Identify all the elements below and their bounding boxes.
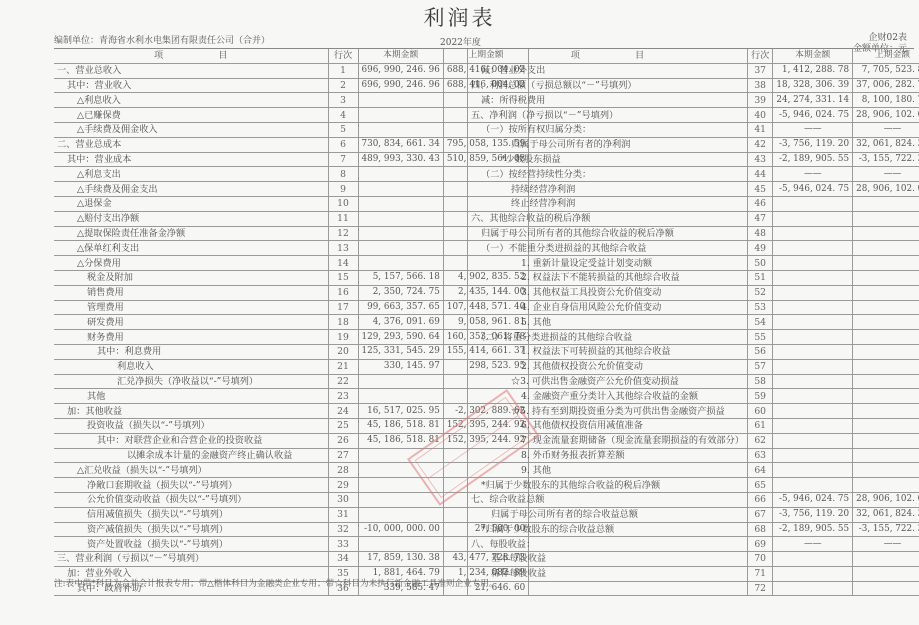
table-header: 项 目 行次 本期金额 上期金额 (54, 49, 529, 63)
row-line-number: 63 (748, 448, 773, 463)
row-line-number: 11 (328, 211, 358, 226)
table-row: 以摊余成本计量的金融资产终止确认收益27 (54, 448, 529, 463)
row-item-label: 1. 权益法下可转损益的其他综合收益 (468, 344, 748, 359)
row-item-label: △汇兑收益（损失以“-”号填列） (54, 463, 328, 478)
row-line-number: 17 (328, 300, 358, 315)
footnote: 注:表中带*科目为合并会计报表专用；带△楷体科目为金融类企业专用；带☆科目为未执… (54, 577, 498, 589)
row-item-label: 减：所得税费用 (468, 93, 748, 108)
row-current-amount (773, 211, 853, 226)
table-row: △利息支出8 (54, 167, 529, 182)
table-row: △分保费用14 (54, 256, 529, 271)
row-item-label: 归属于母公司所有者的净利润 (468, 137, 748, 152)
row-item-label: 4. 金融资产重分类计入其他综合收益的金额 (468, 389, 748, 404)
row-item-label: △保单红利支出 (54, 241, 328, 256)
table-row: 信用减值损失（损失以“-”号填列）31 (54, 507, 529, 522)
row-line-number: 3 (328, 93, 358, 108)
row-previous-amount (853, 433, 919, 448)
row-previous-amount: —— (853, 537, 919, 552)
row-current-amount (358, 389, 443, 404)
table-row: 投资收益（损失以“-”号填列）2545, 186, 518. 81152, 39… (54, 418, 529, 433)
row-current-amount: 696, 990, 246. 96 (358, 78, 443, 93)
row-previous-amount: 28, 906, 102. 07 (853, 108, 919, 123)
row-current-amount (358, 226, 443, 241)
table-row: 其中：利息费用20125, 331, 545. 29155, 414, 661.… (54, 344, 529, 359)
reporting-unit: 编制单位：青海省水利水电集团有限责任公司（合并） (54, 33, 270, 46)
row-current-amount: 18, 328, 306. 39 (773, 78, 853, 93)
table-row: 六、其他综合收益的税后净额47 (468, 211, 919, 226)
table-row: △已赚保费4 (54, 108, 529, 123)
row-current-amount: 489, 993, 330. 43 (358, 152, 443, 167)
row-previous-amount (853, 581, 919, 596)
row-item-label: 四、利润总额（亏损总额以“－”号填列） (468, 78, 748, 93)
table-row: （一）按所有权归属分类：41———— (468, 122, 919, 137)
row-line-number: 71 (748, 566, 773, 581)
row-line-number: 37 (748, 63, 773, 78)
row-line-number: 40 (748, 108, 773, 123)
table-row: 4. 企业自身信用风险公允价值变动53 (468, 300, 919, 315)
row-line-number: 23 (328, 389, 358, 404)
column-header-item: 项 目 (468, 49, 748, 63)
row-item-label (468, 581, 748, 596)
row-line-number: 52 (748, 285, 773, 300)
row-current-amount (358, 122, 443, 137)
table-row: （一）不能重分类进损益的其他综合收益49 (468, 241, 919, 256)
row-item-label: 5. 其他 (468, 315, 748, 330)
table-row: 净敞口套期收益（损失以“-”号填列）29 (54, 478, 529, 493)
row-line-number: 70 (748, 552, 773, 567)
row-current-amount: -2, 189, 905. 55 (773, 152, 853, 167)
row-current-amount (773, 315, 853, 330)
row-previous-amount: 32, 061, 824. 37 (853, 507, 919, 522)
row-previous-amount (853, 374, 919, 389)
income-statement-left: 项 目 行次 本期金额 上期金额 一、营业总收入1696, 990, 246. … (54, 49, 529, 596)
row-current-amount (773, 404, 853, 419)
row-line-number: 38 (748, 78, 773, 93)
row-item-label: 稀释每股收益 (468, 566, 748, 581)
row-current-amount (773, 344, 853, 359)
row-item-label: *少数股东损益 (468, 152, 748, 167)
row-item-label: （二）将重分类进损益的其他综合收益 (468, 330, 748, 345)
row-item-label: △赔付支出净额 (54, 211, 328, 226)
row-line-number: 28 (328, 463, 358, 478)
row-current-amount: 16, 517, 025. 95 (358, 404, 443, 419)
row-line-number: 50 (748, 256, 773, 271)
row-current-amount: 1, 412, 288. 78 (773, 63, 853, 78)
row-current-amount: —— (773, 537, 853, 552)
table-row: 4. 金融资产重分类计入其他综合收益的金额59 (468, 389, 919, 404)
row-current-amount: 99, 663, 357. 65 (358, 300, 443, 315)
row-current-amount: 45, 186, 518. 81 (358, 418, 443, 433)
row-current-amount (358, 108, 443, 123)
row-previous-amount (853, 566, 919, 581)
table-row: △赔付支出净额11 (54, 211, 529, 226)
row-previous-amount: -3, 155, 722. 30 (853, 522, 919, 537)
row-current-amount: -3, 756, 119. 20 (773, 507, 853, 522)
row-item-label: 三、营业利润（亏损以“－”号填列） (54, 552, 328, 567)
row-line-number: 19 (328, 330, 358, 345)
row-item-label: 9. 其他 (468, 463, 748, 478)
row-current-amount (773, 270, 853, 285)
column-header-current: 本期金额 (773, 49, 853, 63)
column-header-line: 行次 (748, 49, 773, 63)
table-row: △手续费及佣金收入5 (54, 122, 529, 137)
row-current-amount (773, 448, 853, 463)
row-current-amount (358, 478, 443, 493)
row-current-amount: -5, 946, 024. 75 (773, 492, 853, 507)
table-row: （二）将重分类进损益的其他综合收益55 (468, 330, 919, 345)
row-item-label: 二、营业总成本 (54, 137, 328, 152)
row-current-amount: —— (773, 167, 853, 182)
row-line-number: 46 (748, 196, 773, 211)
table-row: 终止经营净利润46 (468, 196, 919, 211)
row-line-number: 51 (748, 270, 773, 285)
row-line-number: 39 (748, 93, 773, 108)
table-row: 基本每股收益70 (468, 552, 919, 567)
row-item-label: 八、每股收益： (468, 537, 748, 552)
row-current-amount: 129, 293, 590. 64 (358, 330, 443, 345)
table-row: 八、每股收益：69———— (468, 537, 919, 552)
row-line-number: 60 (748, 404, 773, 419)
row-line-number: 69 (748, 537, 773, 552)
table-row: 归属于母公司所有者的综合收益总额67-3, 756, 119. 2032, 06… (468, 507, 919, 522)
row-line-number: 25 (328, 418, 358, 433)
table-row: △保单红利支出13 (54, 241, 529, 256)
row-current-amount (358, 93, 443, 108)
row-item-label: 研发费用 (54, 315, 328, 330)
row-item-label: 其中：营业成本 (54, 152, 328, 167)
row-line-number: 44 (748, 167, 773, 182)
row-item-label: *归属于少数股东的综合收益总额 (468, 522, 748, 537)
table-row: 管理费用1799, 663, 357. 65107, 448, 571. 40 (54, 300, 529, 315)
row-item-label: *归属于少数股东的其他综合收益的税后净额 (468, 478, 748, 493)
row-line-number: 22 (328, 374, 358, 389)
row-current-amount: 5, 157, 566. 18 (358, 270, 443, 285)
table-row: 其他23 (54, 389, 529, 404)
row-previous-amount (853, 552, 919, 567)
row-current-amount: 125, 331, 545. 29 (358, 344, 443, 359)
row-line-number: 68 (748, 522, 773, 537)
column-header-line: 行次 (328, 49, 358, 63)
row-line-number: 20 (328, 344, 358, 359)
row-item-label: （一）不能重分类进损益的其他综合收益 (468, 241, 748, 256)
table-row: *少数股东损益43-2, 189, 905. 55-3, 155, 722. 3… (468, 152, 919, 167)
row-line-number: 67 (748, 507, 773, 522)
row-current-amount: 696, 990, 246. 96 (358, 63, 443, 78)
table-row: 销售费用162, 350, 724. 752, 435, 144. 00 (54, 285, 529, 300)
row-current-amount (358, 507, 443, 522)
row-item-label: △利息支出 (54, 167, 328, 182)
row-current-amount: 330, 145. 97 (358, 359, 443, 374)
table-row: ☆3. 可供出售金融资产公允价值变动损益58 (468, 374, 919, 389)
row-line-number: 6 (328, 137, 358, 152)
row-current-amount: -5, 946, 024. 75 (773, 108, 853, 123)
row-previous-amount (853, 344, 919, 359)
row-item-label: 其中：利息费用 (54, 344, 328, 359)
row-line-number: 4 (328, 108, 358, 123)
row-line-number: 24 (328, 404, 358, 419)
row-current-amount: 2, 350, 724. 75 (358, 285, 443, 300)
table-row: 持续经营净利润45-5, 946, 024. 7528, 906, 102. 0… (468, 182, 919, 197)
table-row: 七、综合收益总额66-5, 946, 024. 7528, 906, 102. … (468, 492, 919, 507)
row-line-number: 41 (748, 122, 773, 137)
row-line-number: 65 (748, 478, 773, 493)
table-row: 财务费用19129, 293, 590. 64160, 353, 061. 78 (54, 330, 529, 345)
table-row: 减：所得税费用3924, 274, 331. 148, 100, 180. 71 (468, 93, 919, 108)
row-item-label: （一）按所有权归属分类： (468, 122, 748, 137)
column-header-item: 项 目 (54, 49, 328, 63)
row-current-amount (773, 581, 853, 596)
row-previous-amount (853, 300, 919, 315)
table-row: 其中：对联营企业和合营企业的投资收益2645, 186, 518. 81152,… (54, 433, 529, 448)
row-item-label: （二）按经营持续性分类： (468, 167, 748, 182)
row-previous-amount (853, 315, 919, 330)
row-previous-amount: 7, 705, 523. 84 (853, 63, 919, 78)
row-previous-amount (853, 404, 919, 419)
table-row: 加：其他收益2416, 517, 025. 95-2, 302, 889. 62 (54, 404, 529, 419)
row-item-label: 归属于母公司所有者的其他综合收益的税后净额 (468, 226, 748, 241)
row-current-amount (358, 167, 443, 182)
row-item-label: △提取保险责任准备金净额 (54, 226, 328, 241)
table-row: 汇兑净损失（净收益以“-”号填列）22 (54, 374, 529, 389)
row-current-amount (358, 241, 443, 256)
row-item-label: 信用减值损失（损失以“-”号填列） (54, 507, 328, 522)
row-previous-amount: 28, 906, 102. 07 (853, 492, 919, 507)
row-previous-amount (853, 226, 919, 241)
row-line-number: 14 (328, 256, 358, 271)
row-line-number: 30 (328, 492, 358, 507)
table-row: 7. 现金流量套期储备（现金流量套期损益的有效部分）62 (468, 433, 919, 448)
table-row: 利息收入21330, 145. 97298, 523. 95 (54, 359, 529, 374)
row-current-amount (358, 196, 443, 211)
row-item-label: 税金及附加 (54, 270, 328, 285)
row-item-label: 7. 现金流量套期储备（现金流量套期损益的有效部分） (468, 433, 748, 448)
row-previous-amount: 28, 906, 102. 07 (853, 182, 919, 197)
row-item-label: 加：其他收益 (54, 404, 328, 419)
row-line-number: 12 (328, 226, 358, 241)
row-item-label: ☆5. 持有至到期投资重分类为可供出售金融资产损益 (468, 404, 748, 419)
table-row: 一、营业总收入1696, 990, 246. 96688, 416, 004. … (54, 63, 529, 78)
row-previous-amount (853, 285, 919, 300)
row-item-label: 3. 其他权益工具投资公允价值变动 (468, 285, 748, 300)
row-current-amount: -10, 000, 000. 00 (358, 522, 443, 537)
row-current-amount: 24, 274, 331. 14 (773, 93, 853, 108)
table-row: 9. 其他64 (468, 463, 919, 478)
reporting-period: 2022年度 (440, 35, 481, 48)
row-item-label: 4. 企业自身信用风险公允价值变动 (468, 300, 748, 315)
row-previous-amount (853, 211, 919, 226)
row-previous-amount (853, 359, 919, 374)
row-item-label: 以摊余成本计量的金融资产终止确认收益 (54, 448, 328, 463)
row-item-label: △分保费用 (54, 256, 328, 271)
row-current-amount (773, 552, 853, 567)
row-item-label: ☆3. 可供出售金融资产公允价值变动损益 (468, 374, 748, 389)
row-item-label: 减：营业外支出 (468, 63, 748, 78)
row-item-label: 资产减值损失（损失以“-”号填列） (54, 522, 328, 537)
row-current-amount (773, 463, 853, 478)
table-row: 归属于母公司所有者的其他综合收益的税后净额48 (468, 226, 919, 241)
table-row: 减：营业外支出371, 412, 288. 787, 705, 523. 84 (468, 63, 919, 78)
table-row: 2. 其他债权投资公允价值变动57 (468, 359, 919, 374)
row-previous-amount (853, 389, 919, 404)
row-previous-amount: -3, 155, 722. 30 (853, 152, 919, 167)
row-item-label: 利息收入 (54, 359, 328, 374)
row-line-number: 64 (748, 463, 773, 478)
row-previous-amount (853, 196, 919, 211)
row-item-label: 六、其他综合收益的税后净额 (468, 211, 748, 226)
table-row: △手续费及佣金支出9 (54, 182, 529, 197)
row-line-number: 1 (328, 63, 358, 78)
table-row: 税金及附加155, 157, 566. 184, 902, 835. 52 (54, 270, 529, 285)
row-current-amount (358, 492, 443, 507)
row-previous-amount (853, 478, 919, 493)
table-row: 3. 其他权益工具投资公允价值变动52 (468, 285, 919, 300)
row-current-amount: 17, 859, 130. 38 (358, 552, 443, 567)
row-item-label: 1. 重新计量设定受益计划变动额 (468, 256, 748, 271)
table-header: 项 目 行次 本期金额 上期金额 (468, 49, 919, 63)
table-row: △提取保险责任准备金净额12 (54, 226, 529, 241)
row-line-number: 48 (748, 226, 773, 241)
row-previous-amount (853, 448, 919, 463)
row-line-number: 55 (748, 330, 773, 345)
row-item-label: △利息收入 (54, 93, 328, 108)
row-item-label: 其中：营业收入 (54, 78, 328, 93)
row-current-amount (773, 285, 853, 300)
row-current-amount (358, 448, 443, 463)
table-row: 1. 重新计量设定受益计划变动额50 (468, 256, 919, 271)
row-item-label: 管理费用 (54, 300, 328, 315)
income-statement-right: 项 目 行次 本期金额 上期金额 减：营业外支出371, 412, 288. 7… (467, 49, 919, 596)
row-line-number: 32 (328, 522, 358, 537)
row-line-number: 15 (328, 270, 358, 285)
row-line-number: 61 (748, 418, 773, 433)
table-row: 资产处置收益（损失以“-”号填列）33 (54, 537, 529, 552)
row-previous-amount (853, 270, 919, 285)
row-item-label: 财务费用 (54, 330, 328, 345)
table-row: 四、利润总额（亏损总额以“－”号填列）3818, 328, 306. 3937,… (468, 78, 919, 93)
row-item-label: 6. 其他债权投资信用减值准备 (468, 418, 748, 433)
row-current-amount (773, 359, 853, 374)
row-current-amount (773, 433, 853, 448)
row-previous-amount: —— (853, 122, 919, 137)
table-row: 资产减值损失（损失以“-”号填列）32-10, 000, 000. 0027, … (54, 522, 529, 537)
row-previous-amount (853, 330, 919, 345)
row-item-label: 七、综合收益总额 (468, 492, 748, 507)
row-line-number: 57 (748, 359, 773, 374)
row-previous-amount (853, 256, 919, 271)
row-item-label: 五、净利润（净亏损以“－”号填列） (468, 108, 748, 123)
row-item-label: △已赚保费 (54, 108, 328, 123)
row-line-number: 45 (748, 182, 773, 197)
row-item-label: 一、营业总收入 (54, 63, 328, 78)
row-line-number: 53 (748, 300, 773, 315)
table-row: 其中：营业收入2696, 990, 246. 96688, 416, 004. … (54, 78, 529, 93)
row-current-amount (773, 241, 853, 256)
row-line-number: 58 (748, 374, 773, 389)
row-current-amount (358, 182, 443, 197)
row-line-number: 8 (328, 167, 358, 182)
table-row: 5. 其他54 (468, 315, 919, 330)
row-line-number: 66 (748, 492, 773, 507)
row-current-amount (358, 374, 443, 389)
row-line-number: 26 (328, 433, 358, 448)
row-previous-amount: 32, 061, 824. 37 (853, 137, 919, 152)
row-current-amount (773, 300, 853, 315)
row-line-number: 31 (328, 507, 358, 522)
row-item-label: 归属于母公司所有者的综合收益总额 (468, 507, 748, 522)
row-line-number: 5 (328, 122, 358, 137)
table-row: 6. 其他债权投资信用减值准备61 (468, 418, 919, 433)
table-row: △退保金10 (54, 196, 529, 211)
table-row: △利息收入3 (54, 93, 529, 108)
row-current-amount: 730, 834, 661. 34 (358, 137, 443, 152)
column-header-current: 本期金额 (358, 49, 443, 63)
row-item-label: 终止经营净利润 (468, 196, 748, 211)
row-line-number: 47 (748, 211, 773, 226)
row-item-label: 投资收益（损失以“-”号填列） (54, 418, 328, 433)
table-row: 二、营业总成本6730, 834, 661. 34795, 058, 135. … (54, 137, 529, 152)
row-line-number: 7 (328, 152, 358, 167)
row-item-label: △手续费及佣金支出 (54, 182, 328, 197)
table-row: 稀释每股收益71 (468, 566, 919, 581)
table-row: *归属于少数股东的其他综合收益的税后净额65 (468, 478, 919, 493)
row-item-label: △退保金 (54, 196, 328, 211)
row-current-amount (358, 463, 443, 478)
row-line-number: 9 (328, 182, 358, 197)
table-row: 公允价值变动收益（损失以“-”号填列）30 (54, 492, 529, 507)
row-current-amount (358, 256, 443, 271)
row-current-amount (773, 478, 853, 493)
row-current-amount: -2, 189, 905. 55 (773, 522, 853, 537)
table-row: （二）按经营持续性分类：44———— (468, 167, 919, 182)
row-line-number: 33 (328, 537, 358, 552)
row-line-number: 21 (328, 359, 358, 374)
row-previous-amount (853, 463, 919, 478)
row-item-label: 2. 权益法下不能转损益的其他综合收益 (468, 270, 748, 285)
row-current-amount (773, 389, 853, 404)
row-previous-amount: 8, 100, 180. 71 (853, 93, 919, 108)
row-previous-amount (853, 418, 919, 433)
table-row: 研发费用184, 376, 091. 699, 058, 961. 81 (54, 315, 529, 330)
table-row: 2. 权益法下不能转损益的其他综合收益51 (468, 270, 919, 285)
row-current-amount (773, 330, 853, 345)
row-item-label: 持续经营净利润 (468, 182, 748, 197)
table-row: 8. 外币财务报表折算差额63 (468, 448, 919, 463)
table-row: 归属于母公司所有者的净利润42-3, 756, 119. 2032, 061, … (468, 137, 919, 152)
row-current-amount: -5, 946, 024. 75 (773, 182, 853, 197)
row-current-amount (358, 537, 443, 552)
row-item-label: 2. 其他债权投资公允价值变动 (468, 359, 748, 374)
page-title: 利润表 (0, 2, 919, 32)
row-line-number: 16 (328, 285, 358, 300)
row-previous-amount: 37, 006, 282. 78 (853, 78, 919, 93)
row-item-label: 汇兑净损失（净收益以“-”号填列） (54, 374, 328, 389)
row-line-number: 18 (328, 315, 358, 330)
row-item-label: 销售费用 (54, 285, 328, 300)
column-header-previous: 上期金额 (853, 49, 919, 63)
row-line-number: 13 (328, 241, 358, 256)
row-current-amount (773, 226, 853, 241)
row-item-label: 8. 外币财务报表折算差额 (468, 448, 748, 463)
row-item-label: 公允价值变动收益（损失以“-”号填列） (54, 492, 328, 507)
row-previous-amount: —— (853, 167, 919, 182)
row-current-amount (773, 374, 853, 389)
row-item-label: 净敞口套期收益（损失以“-”号填列） (54, 478, 328, 493)
table-row: ☆5. 持有至到期投资重分类为可供出售金融资产损益60 (468, 404, 919, 419)
row-current-amount: 4, 376, 091. 69 (358, 315, 443, 330)
row-item-label: △手续费及佣金收入 (54, 122, 328, 137)
table-row: *归属于少数股东的综合收益总额68-2, 189, 905. 55-3, 155… (468, 522, 919, 537)
row-line-number: 27 (328, 448, 358, 463)
